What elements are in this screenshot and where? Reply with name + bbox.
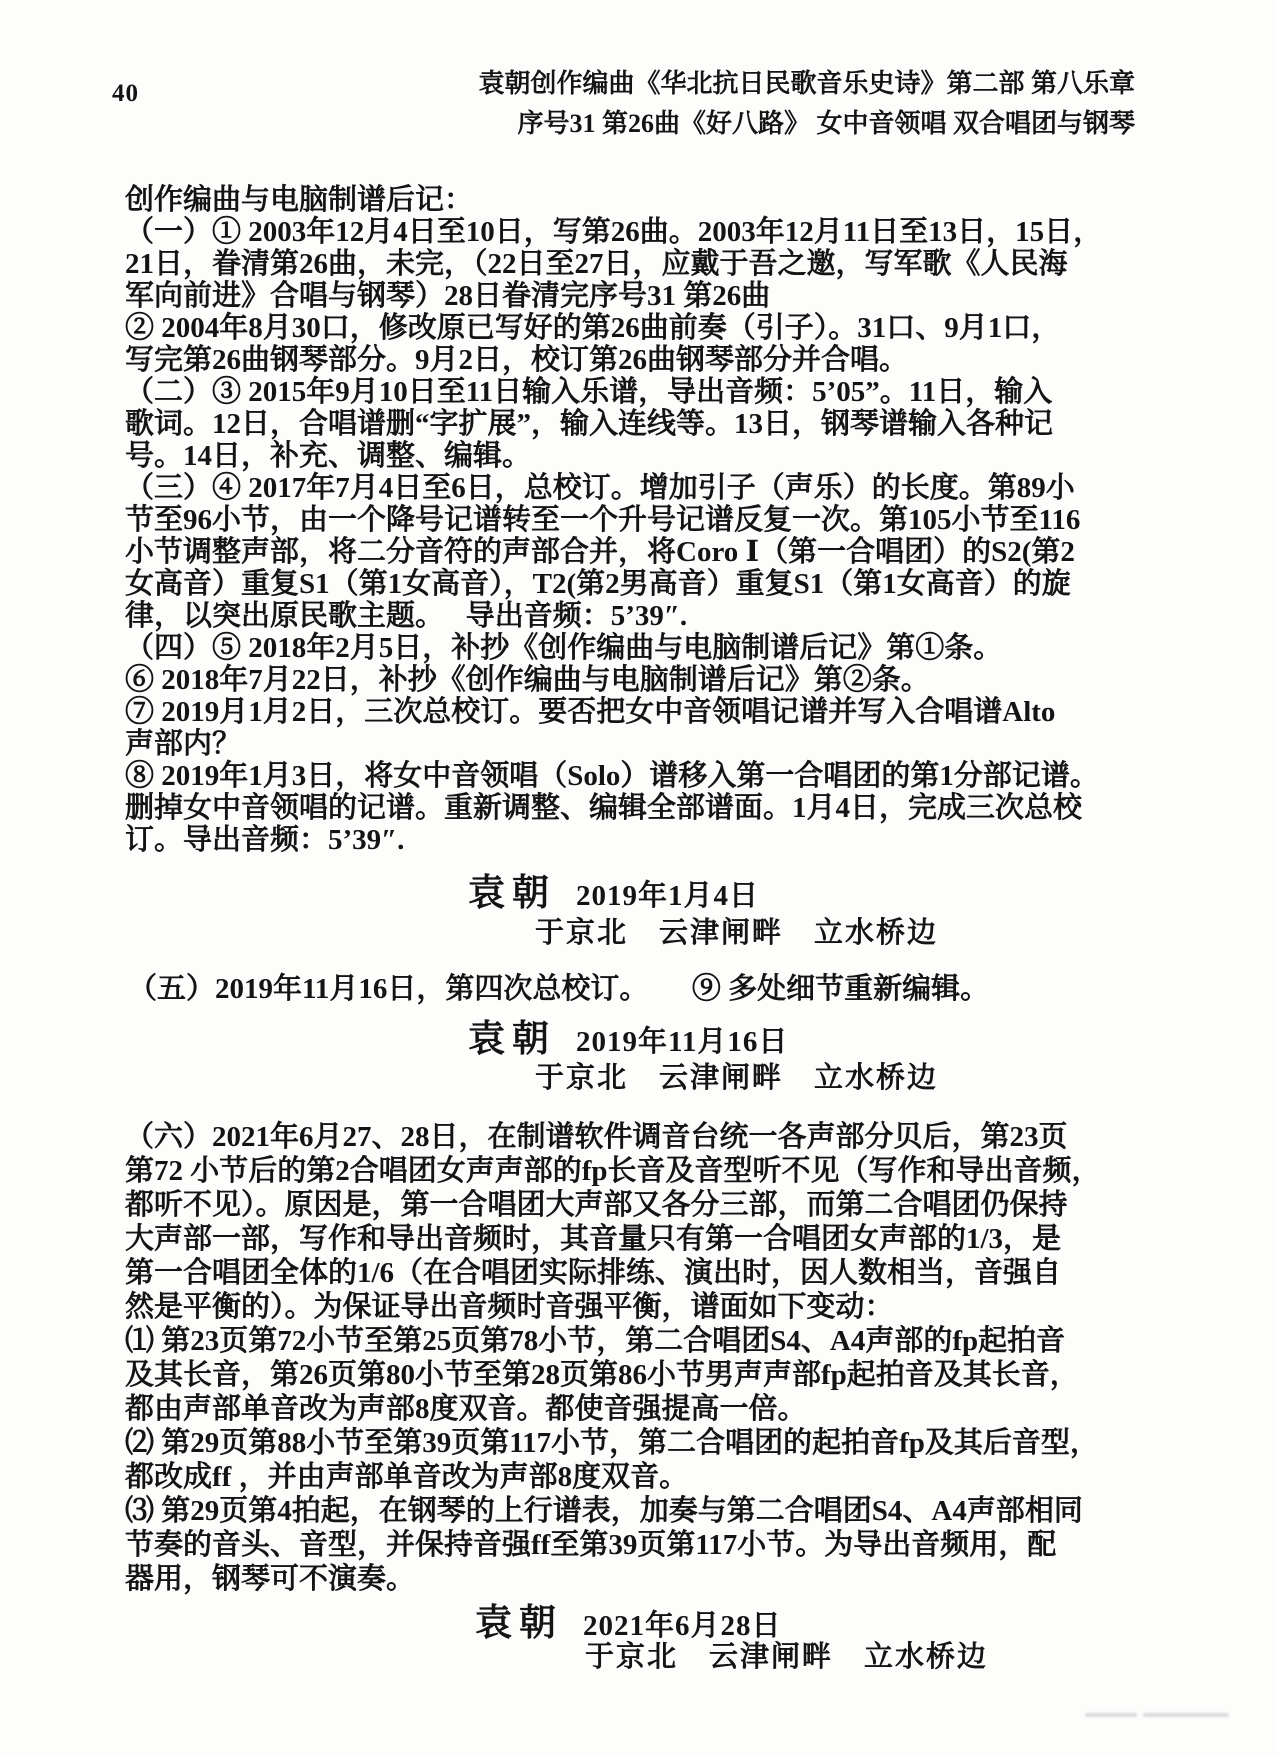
- signature-block-1: 袁朝 2019年1月4日: [468, 862, 759, 916]
- text-line: ② 2004年8月30口，修改原已写好的第26曲前奏（引子）。31口、9月1口，: [125, 312, 1102, 344]
- text-line: （四）⑤ 2018年2月5日，补抄《创作编曲与电脑制谱后记》第①条。: [125, 632, 1102, 664]
- text-line: ⑵ 第29页第88小节至第39页第117小节，第二合唱团的起拍音fp及其后音型，: [125, 1426, 1101, 1460]
- text-line: 节至96小节，由一个降号记谱转至一个升号记谱反复一次。第105小节至116: [125, 504, 1102, 536]
- text-line: ⑥ 2018年7月22日，补抄《创作编曲与电脑制谱后记》第②条。: [125, 664, 1102, 696]
- text-line: 都听不见）。原因是，第一合唱团大声部又各分三部，而第二合唱团仍保持: [125, 1188, 1101, 1222]
- signature-name: 袁朝: [468, 873, 556, 914]
- text-line: 小节调整声部，将二分音符的声部合并，将Coro Ⅰ（第一合唱团）的S2(第2: [125, 536, 1102, 568]
- text-line: 都改成ff ，并由声部单音改为声部8度双音。: [125, 1460, 1101, 1494]
- text-line: （六）2021年6月27、28日，在制谱软件调音台统一各声部分贝后，第23页: [125, 1120, 1101, 1154]
- text-line: 女高音）重复S1（第1女高音），T2(第2男高音）重复S1（第1女高音）的旋: [125, 568, 1102, 600]
- postscript-section-1: 创作编曲与电脑制谱后记： （一）① 2003年12月4日至10日，写第26曲。2…: [125, 184, 1102, 856]
- text-line: 然是平衡的）。为保证导出音频时音强平衡，谱面如下变动：: [125, 1290, 1101, 1324]
- signature-place: 于京北 云津闸畔 立水桥边: [585, 1634, 988, 1675]
- text-line: 订。导出音频：5’39″.: [125, 824, 1102, 856]
- text-line: 都由声部单音改为声部8度双音。都使音强提高一倍。: [125, 1392, 1101, 1426]
- running-header: 袁朝创作编曲《华北抗日民歌音乐史诗》第二部 第八乐章 序号31 第26曲《好八路…: [478, 64, 1135, 144]
- text-line: 军向前进》合唱与钢琴）28日眷清完序号31 第26曲: [125, 280, 1102, 312]
- signature-place: 于京北 云津闸畔 立水桥边: [535, 1055, 938, 1096]
- signature-place: 于京北 云津闸畔 立水桥边: [535, 910, 938, 951]
- header-title-line-1: 袁朝创作编曲《华北抗日民歌音乐史诗》第二部 第八乐章: [478, 64, 1135, 104]
- signature-name: 袁朝: [475, 1603, 563, 1644]
- page-number: 40: [112, 80, 139, 108]
- postscript-heading: 创作编曲与电脑制谱后记：: [125, 184, 1102, 216]
- text-line: 声部内？: [125, 728, 1102, 760]
- text-line: ⑦ 2019月1月2日，三次总校订。要否把女中音领唱记谱并写入合唱谱Alto: [125, 696, 1102, 728]
- text-line: 节奏的音头、音型，并保持音强ff至第39页第117小节。为导出音频用，配: [125, 1528, 1101, 1562]
- text-line: （一）① 2003年12月4日至10日，写第26曲。2003年12月11日至13…: [125, 216, 1102, 248]
- text-line: （二）③ 2015年9月10日至11日输入乐谱，导出音频：5’05”。11日，输…: [125, 376, 1102, 408]
- signature-name: 袁朝: [468, 1019, 556, 1060]
- text-line: 大声部一部，写作和导出音频时，其音量只有第一合唱团女声部的1/3，是: [125, 1222, 1101, 1256]
- text-line: 及其长音，第26页第80小节至第28页第86小节男声声部fp起拍音及其长音，: [125, 1358, 1101, 1392]
- text-line: 第一合唱团全体的1/6（在合唱团实际排练、演出时，因人数相当，音强自: [125, 1256, 1101, 1290]
- text-line: 第72 小节后的第2合唱团女声声部的fp长音及音型听不见（写作和导出音频，: [125, 1154, 1101, 1188]
- postscript-section-2: （五）2019年11月16日，第四次总校订。 ⑨ 多处细节重新编辑。: [128, 973, 989, 1005]
- text-line: （五）2019年11月16日，第四次总校订。 ⑨ 多处细节重新编辑。: [128, 973, 989, 1005]
- text-line: ⑴ 第23页第72小节至第25页第78小节，第二合唱团S4、A4声部的fp起拍音: [125, 1324, 1101, 1358]
- text-line: 器用，钢琴可不演奏。: [125, 1562, 1101, 1596]
- text-line: 删掉女中音领唱的记谱。重新调整、编辑全部谱面。1月4日，完成三次总校: [125, 792, 1102, 824]
- signature-block-2: 袁朝 2019年11月16日: [468, 1008, 788, 1062]
- header-title-line-2: 序号31 第26曲《好八路》 女中音领唱 双合唱团与钢琴: [478, 104, 1135, 144]
- signature-date: 2019年1月4日: [576, 880, 759, 912]
- scan-artifact-smudge: [1085, 1706, 1245, 1720]
- text-line: 写完第26曲钢琴部分。9月2日，校订第26曲钢琴部分并合唱。: [125, 344, 1102, 376]
- text-line: 律，以突出原民歌主题。 导出音频：5’39″.: [125, 600, 1102, 632]
- text-line: 21日，眷清第26曲，未完，（22日至27日，应戴于吾之邀，写军歌《人民海: [125, 248, 1102, 280]
- document-page: 40 袁朝创作编曲《华北抗日民歌音乐史诗》第二部 第八乐章 序号31 第26曲《…: [0, 0, 1278, 1757]
- text-line: ⑶ 第29页第4拍起，在钢琴的上行谱表，加奏与第二合唱团S4、A4声部相同: [125, 1494, 1101, 1528]
- text-line: 号。14日，补充、调整、编辑。: [125, 440, 1102, 472]
- postscript-section-3: （六）2021年6月27、28日，在制谱软件调音台统一各声部分贝后，第23页 第…: [125, 1120, 1101, 1596]
- signature-date: 2019年11月16日: [576, 1026, 788, 1058]
- text-line: （三）④ 2017年7月4日至6日，总校订。增加引子（声乐）的长度。第89小: [125, 472, 1102, 504]
- text-line: 歌词。12日，合唱谱删“字扩展”，输入连线等。13日，钢琴谱输入各种记: [125, 408, 1102, 440]
- text-line: ⑧ 2019年1月3日，将女中音领唱（Solo）谱移入第一合唱团的第1分部记谱。: [125, 760, 1102, 792]
